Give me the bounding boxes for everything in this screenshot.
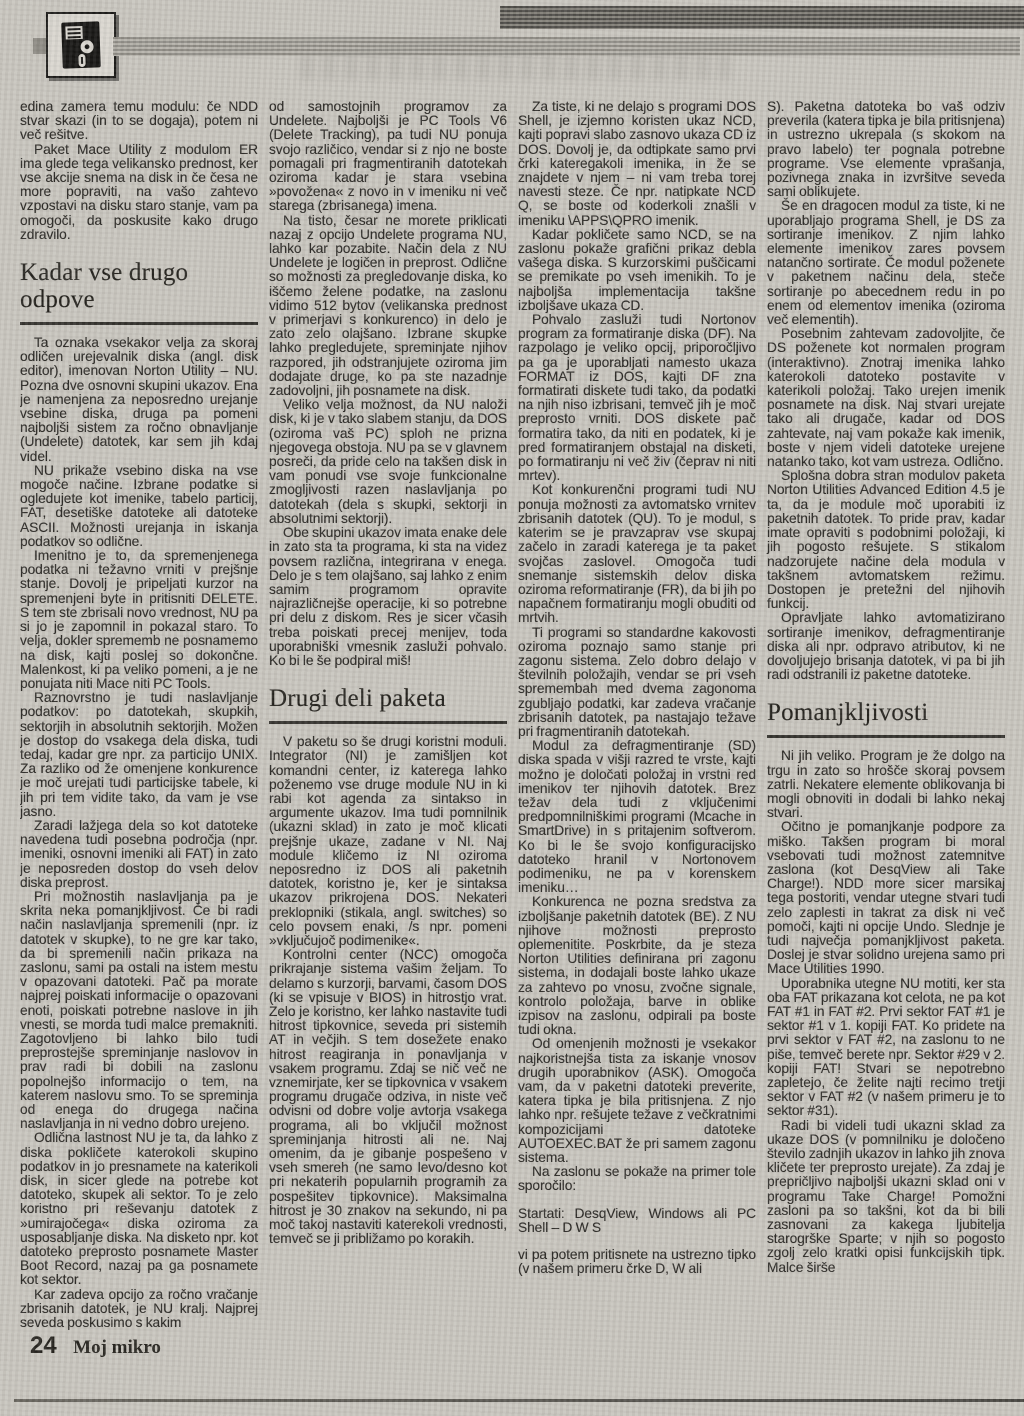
paragraph: Ti programi so standardne kakovosti ozir… [518,626,756,740]
paragraph: Obe skupini ukazov imata enake dele in z… [269,526,507,668]
left-gray-tab [33,38,46,54]
paragraph: Modul za defragmentiranje (SD) diska spa… [518,739,756,895]
paragraph: Splošna dobra stran modulov paketa Norto… [767,469,1005,611]
section-heading: Kadar vse drugo odpove [20,259,258,325]
floppy-disk-glyph [56,19,106,71]
paragraph: Konkurenca ne pozna sredstva za izboljša… [518,895,756,1037]
page-footer: 24 Moj mikro [30,1332,161,1360]
paragraph: Očitno je pomanjkanje podpore za miško. … [767,820,1005,976]
paragraph: Imenitno je to, da spremenjenega podatka… [20,549,258,691]
page-number: 24 [30,1332,57,1359]
bottom-rule [14,1399,1024,1402]
paragraph: Pri možnostih naslavljanja pa je skrita … [20,890,258,1131]
paragraph: Opravljate lahko avtomatizirano sortiran… [767,611,1005,682]
paragraph: Pohvalo zasluži tudi Nortonov program za… [518,313,756,483]
paragraph: NU prikaže vsebino diska na vse mogoče n… [20,464,258,549]
paragraph: Kontrolni center (NCC) omogoča prikrajan… [269,948,507,1246]
top-right-stripe-bar [500,6,1024,29]
text-column-3: Za tiste, ki ne delajo s programi DOS Sh… [518,100,756,1392]
paragraph: Radi bi videli tudi ukazni sklad za ukaz… [767,1119,1005,1275]
floppy-disk-icon [46,12,116,78]
paragraph: Od omenjenih možnosti je vsekakor najkor… [518,1037,756,1165]
paragraph: Še en dragocen modul za tiste, ki ne upo… [767,199,1005,327]
paragraph: Kot konkurenčni programi tudi NU ponuja … [518,483,756,625]
paragraph: Za tiste, ki ne delajo s programi DOS Sh… [518,100,756,228]
paragraph: Veliko velja možnost, da NU naloži disk,… [269,398,507,526]
section-heading: Drugi deli paketa [269,685,507,724]
article-columns: edina zamera temu modulu: če NDD stvar s… [20,100,1007,1392]
paragraph: Kar zadeva opcijo za ročno vračanje zbri… [20,1288,258,1331]
paragraph: Odlična lastnost NU je ta, da lahko z di… [20,1131,258,1287]
paragraph: Ta oznaka vsekakor velja za skoraj odlič… [20,336,258,464]
paragraph: edina zamera temu modulu: če NDD stvar s… [20,100,258,143]
paragraph: S). Paketna datoteka bo vaš odziv prever… [767,100,1005,199]
section-heading: Pomanjkljivosti [767,699,1005,738]
paragraph: vi pa potem pritisnete na ustrezno tipko… [518,1248,756,1276]
paragraph: Raznovrstno je tudi naslavljanje podatko… [20,691,258,819]
paragraph: Uporabnika utegne NU motiti, ker sta oba… [767,977,1005,1119]
paragraph: Ni jih veliko. Program je že dolgo na tr… [767,749,1005,820]
text-column-4: S). Paketna datoteka bo vaš odziv prever… [767,100,1005,1392]
paragraph: Paket Mace Utility z modulom ER ima gled… [20,143,258,242]
paragraph: V paketu so še drugi koristni moduli. In… [269,735,507,948]
paragraph: Na tisto, česar ne morete priklicati naz… [269,214,507,399]
paragraph: Zaradi lažjega dela so kot datoteke nave… [20,819,258,890]
magazine-name: Moj mikro [73,1337,161,1358]
paragraph: od samostojnih programov za Undelete. Na… [269,100,507,214]
paragraph: Kadar pokličete samo NCD, se na zaslonu … [518,228,756,313]
paragraph: Posebnim zahtevam zadovoljite, če DS pož… [767,327,1005,469]
text-column-2: od samostojnih programov za Undelete. Na… [269,100,507,1392]
paragraph: Na zaslonu se pokaže na primer tole spor… [518,1165,756,1193]
paragraph: Startati: DesqView, Windows ali PC Shell… [518,1207,756,1235]
header-stripe-bar [113,37,1020,56]
text-column-1: edina zamera temu modulu: če NDD stvar s… [20,100,258,1392]
